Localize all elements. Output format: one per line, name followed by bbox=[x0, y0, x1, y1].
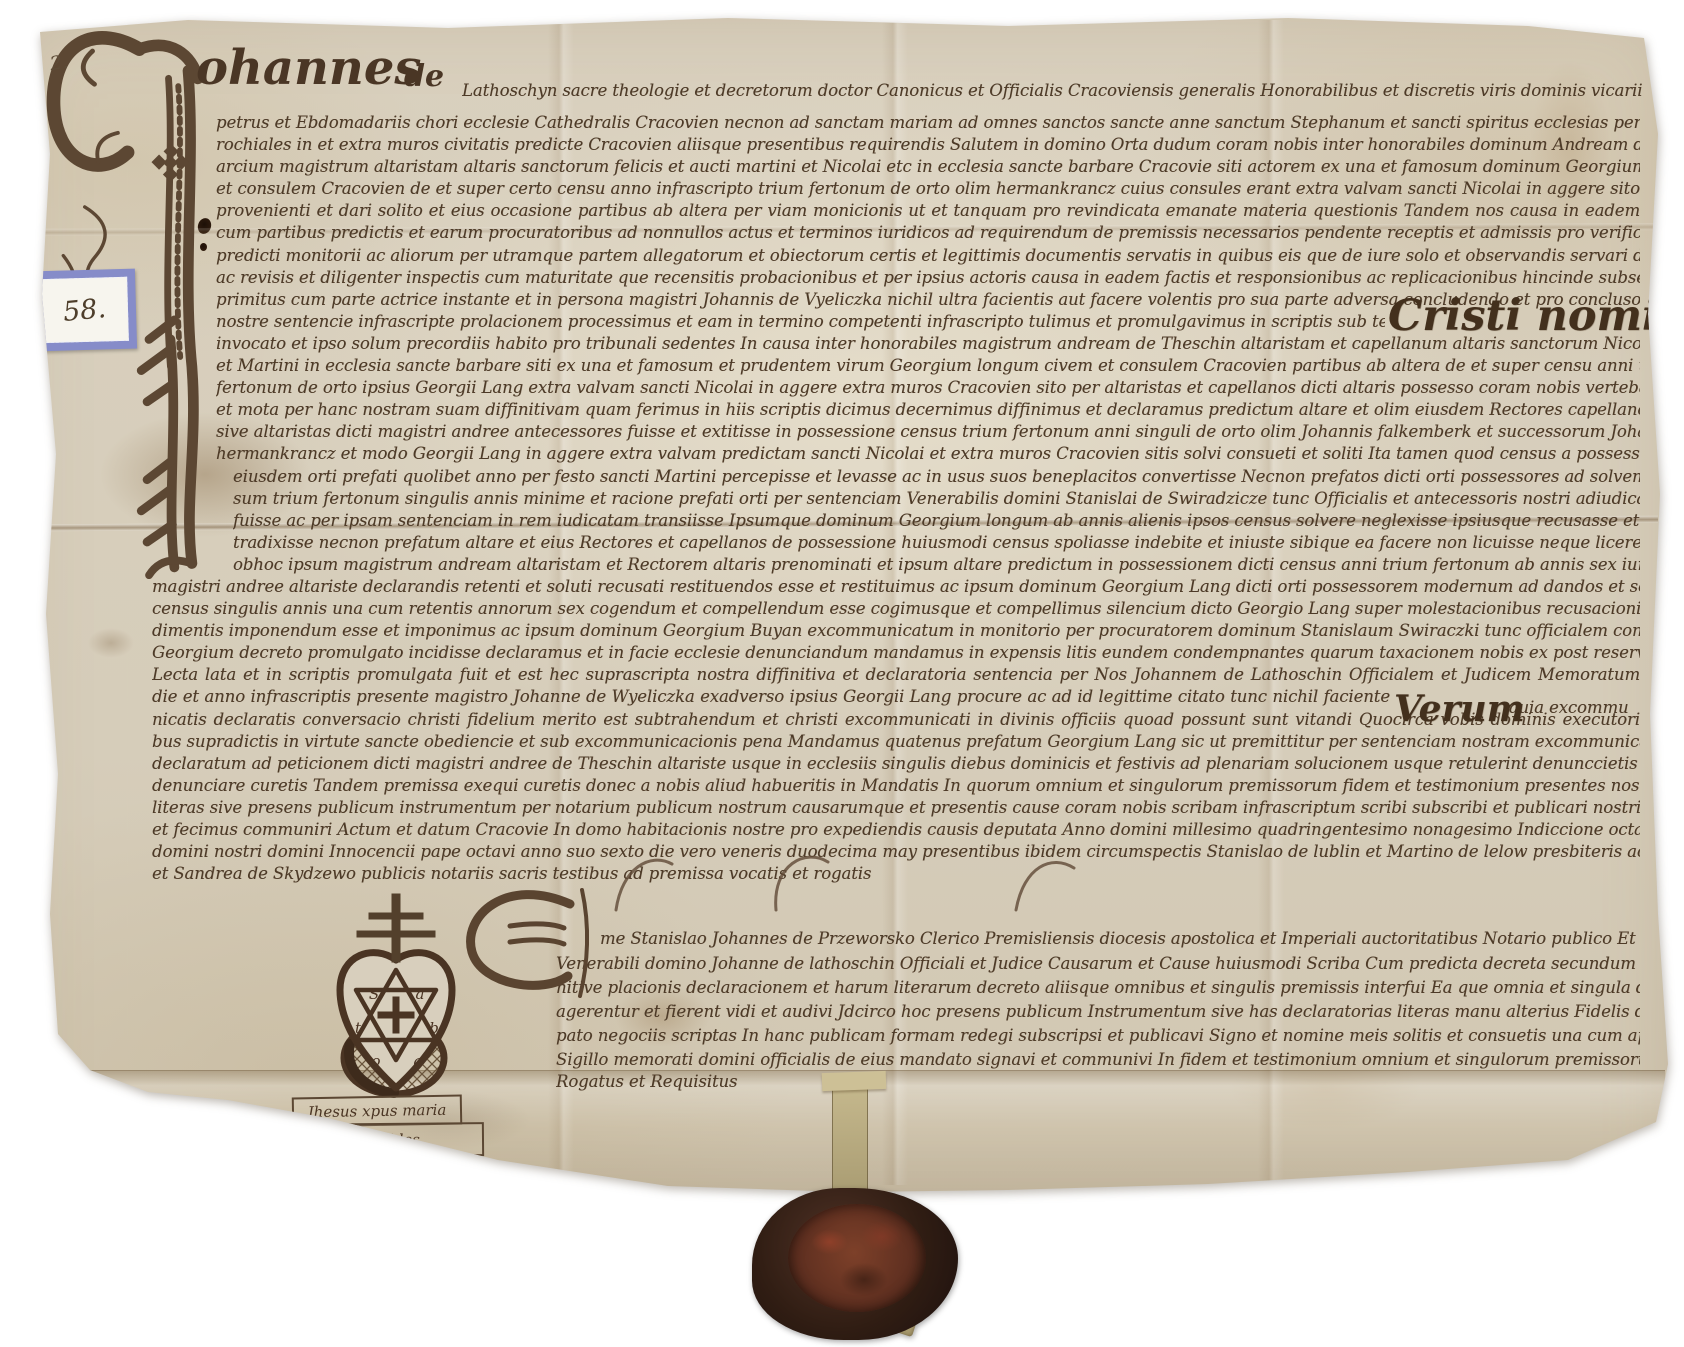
archive-label-number: 58. bbox=[61, 292, 107, 327]
manuscript-line: hermankrancz et modo Georgii Lang in agg… bbox=[216, 443, 1640, 465]
svg-text:b: b bbox=[429, 1019, 439, 1037]
heading-de: de bbox=[404, 60, 444, 94]
motto-line1: Jhesus xpus maria bbox=[308, 1101, 447, 1121]
manuscript-line: obhoc ipsum magistrum andream altaristam… bbox=[233, 554, 1640, 576]
manuscript-line: eiusdem orti prefati quolibet anno per f… bbox=[233, 466, 1640, 488]
diamond-cluster bbox=[151, 144, 189, 182]
notary-subscription-line: pato negociis scriptas In hanc publicam … bbox=[556, 1025, 1640, 1047]
manuscript-line: et fecimus communiri Actum et datum Crac… bbox=[152, 819, 1640, 841]
notary-subscription-line: me Stanislao Johannes de Przeworsko Cler… bbox=[600, 928, 1640, 950]
manuscript-line: provenienti et dari solito et eius occas… bbox=[216, 200, 1640, 222]
charter-scan: 2. 58. ohannes de petrus et Ebdomadariis… bbox=[0, 0, 1684, 1347]
manuscript-line: bus supradictis in virtute sancte obedie… bbox=[152, 731, 1640, 753]
parchment: 2. 58. ohannes de petrus et Ebdomadariis… bbox=[0, 0, 1684, 1347]
notary-subscription-line: Venerabili domino Johanne de lathoschin … bbox=[556, 953, 1640, 975]
archive-label-frame: 58. bbox=[39, 277, 129, 343]
manuscript-line: arcium magistrum altaristam altaris sanc… bbox=[216, 156, 1640, 178]
motto-line2: Johannides bbox=[336, 1131, 420, 1150]
manuscript-line: denunciare curetis Tandem premissa exequ… bbox=[152, 775, 1640, 797]
double-cross-icon bbox=[360, 898, 432, 958]
manuscript-line: et consulem Cracovien de et super certo … bbox=[216, 178, 1640, 200]
ascender-flourishes bbox=[596, 846, 1156, 912]
svg-text:a: a bbox=[414, 1052, 423, 1070]
manuscript-line: ac revisis et diligenter inspectis cum m… bbox=[216, 267, 1640, 289]
manuscript-line: rochiales in et extra muros civitatis pr… bbox=[216, 134, 1640, 156]
manuscript-line: et Martini in ecclesia sancte barbare si… bbox=[216, 355, 1640, 377]
wax-seal bbox=[752, 1188, 958, 1340]
manuscript-line: census singulis annis una cum retentis a… bbox=[152, 598, 1640, 620]
display-script-word: Cristi nomine bbox=[1388, 292, 1684, 341]
parchment-wrap: 2. 58. ohannes de petrus et Ebdomadariis… bbox=[0, 0, 1684, 1347]
manuscript-line: predicti monitorii ac aliorum per utramq… bbox=[216, 245, 1640, 267]
manuscript-line: fuisse ac per ipsam sentenciam in rem iu… bbox=[233, 510, 1640, 532]
et-initial bbox=[452, 882, 602, 1000]
manuscript-line: et mota per hanc nostram suam diffinitiv… bbox=[216, 399, 1640, 421]
archive-label: 58. bbox=[31, 269, 137, 352]
seal-tag bbox=[832, 1074, 868, 1196]
heading-initial-word: ohannes bbox=[196, 42, 421, 94]
notary-subscription-line: Sigillo memorati domini officialis de ei… bbox=[556, 1049, 1640, 1071]
manuscript-line: sum trium fertonum singulis annis minime… bbox=[233, 488, 1640, 510]
manuscript-line: fertonum de orto ipsius Georgii Lang ext… bbox=[216, 377, 1640, 399]
notary-subscription-line: nitive placionis declaracionem et harum … bbox=[556, 977, 1640, 999]
notary-mark-drawing: S a t b o a bbox=[322, 894, 470, 1099]
manuscript-line: sive altaristas dicti magistri andree an… bbox=[216, 421, 1640, 443]
manuscript-line: declaratum ad peticionem dicti magistri … bbox=[152, 753, 1640, 775]
manuscript-line: die et anno infrascriptis presente magis… bbox=[152, 686, 1390, 708]
stain bbox=[88, 628, 134, 658]
manuscript-line: Georgium decreto promulgato incidisse de… bbox=[152, 642, 1640, 664]
corner-number: 2. bbox=[49, 51, 70, 75]
manuscript-line: tradixisse necnon prefatum altare et eiu… bbox=[233, 532, 1640, 554]
manuscript-line: literas sive presens publicum instrument… bbox=[152, 797, 1640, 819]
svg-text:t: t bbox=[355, 1019, 362, 1037]
manuscript-line: petrus et Ebdomadariis chori ecclesie Ca… bbox=[216, 112, 1640, 134]
heading-rest-line: Lathoschyn sacre theologie et decretorum… bbox=[462, 80, 1642, 102]
display-script-word: Verum bbox=[1394, 688, 1525, 730]
manuscript-line: cum partibus predictis et earum procurat… bbox=[216, 222, 1640, 244]
manuscript-line: nostre sentencie infrascripte prolacione… bbox=[216, 311, 1385, 333]
notary-subscription-line: agerentur et fierent vidi et audivi Jdci… bbox=[556, 1001, 1640, 1023]
svg-text:S: S bbox=[369, 985, 379, 1003]
manuscript-line: Lecta lata et in scriptis promulgata fui… bbox=[152, 664, 1640, 686]
manuscript-line: dimentis imponendum esse et imponimus ac… bbox=[152, 620, 1640, 642]
seal-tag-fold bbox=[822, 1071, 887, 1091]
wax-seal-impression bbox=[788, 1204, 926, 1312]
svg-text:a: a bbox=[416, 985, 425, 1003]
manuscript-line: magistri andree altariste declarandis re… bbox=[152, 576, 1640, 598]
notary-subscription-line: Rogatus et Requisitus bbox=[556, 1071, 856, 1093]
svg-text:o: o bbox=[371, 1052, 380, 1070]
motto-banner-bottom: Johannides bbox=[272, 1122, 484, 1158]
